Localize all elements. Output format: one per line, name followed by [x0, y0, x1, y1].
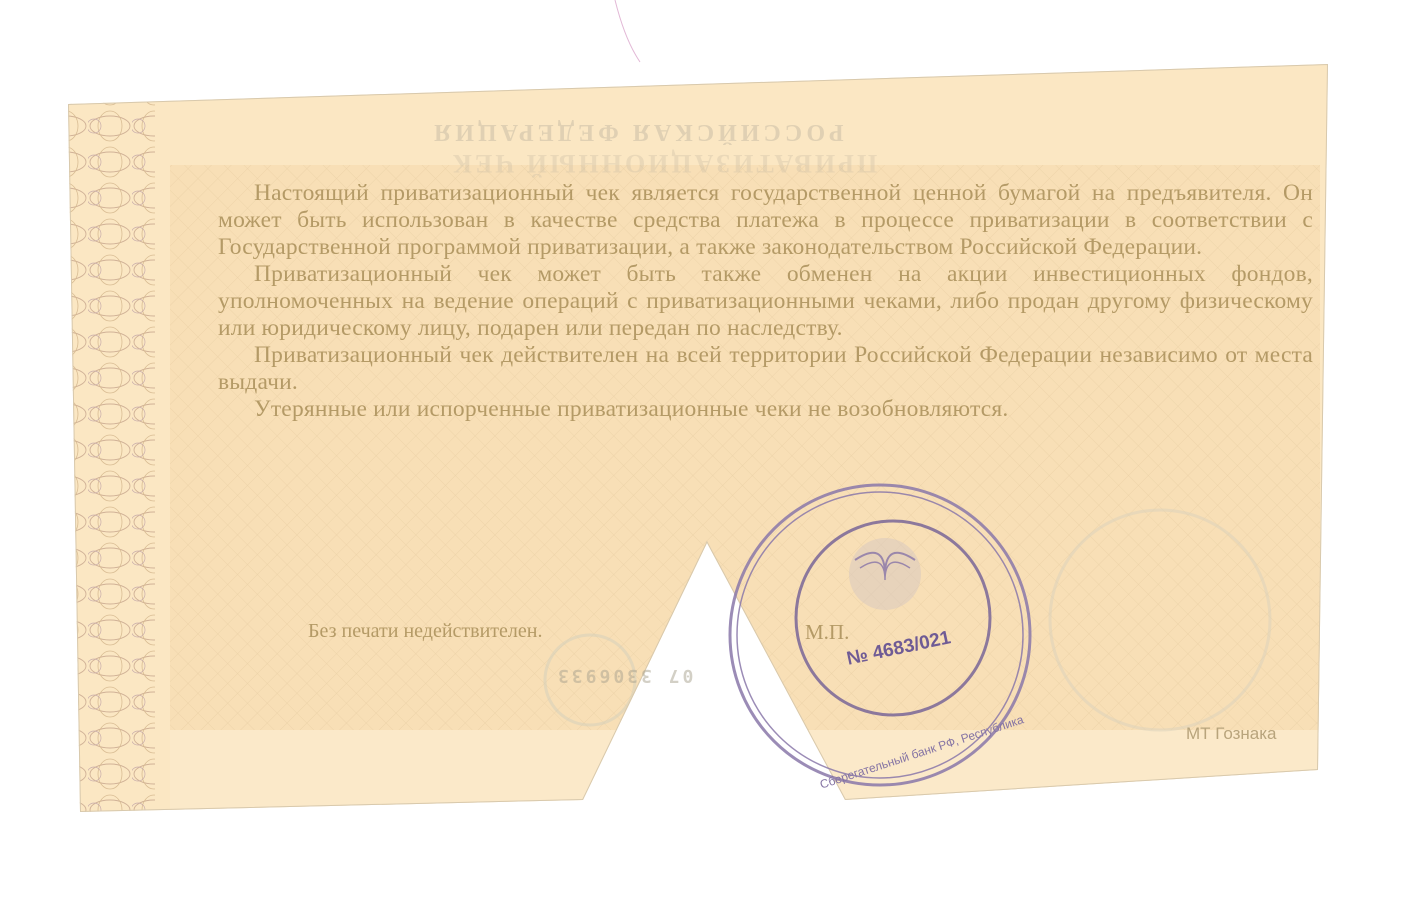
mirrored-serial: 07 3306933 — [555, 665, 693, 686]
paragraph-1: Настоящий приватизационный чек является … — [218, 180, 1313, 261]
mirrored-subheader: ПРИВАТИЗАЦИОННЫЙ ЧЕК — [450, 148, 877, 178]
paragraph-2: Приватизационный чек может быть также об… — [218, 261, 1313, 342]
printer-label: МТ Гознака — [1186, 724, 1277, 744]
scribble-line — [615, 0, 640, 62]
check-terms-text: Настоящий приватизационный чек является … — [218, 180, 1313, 423]
stamp-place-label: М.П. — [805, 620, 849, 645]
mirrored-header: РОССИЙСКАЯ ФЕДЕРАЦИЯ — [430, 118, 844, 145]
paragraph-4: Утерянные или испорченные приватизационн… — [218, 396, 1313, 423]
paragraph-3: Приватизационный чек действителен на все… — [218, 342, 1313, 396]
no-stamp-invalid-note: Без печати недействителен. — [308, 620, 542, 643]
